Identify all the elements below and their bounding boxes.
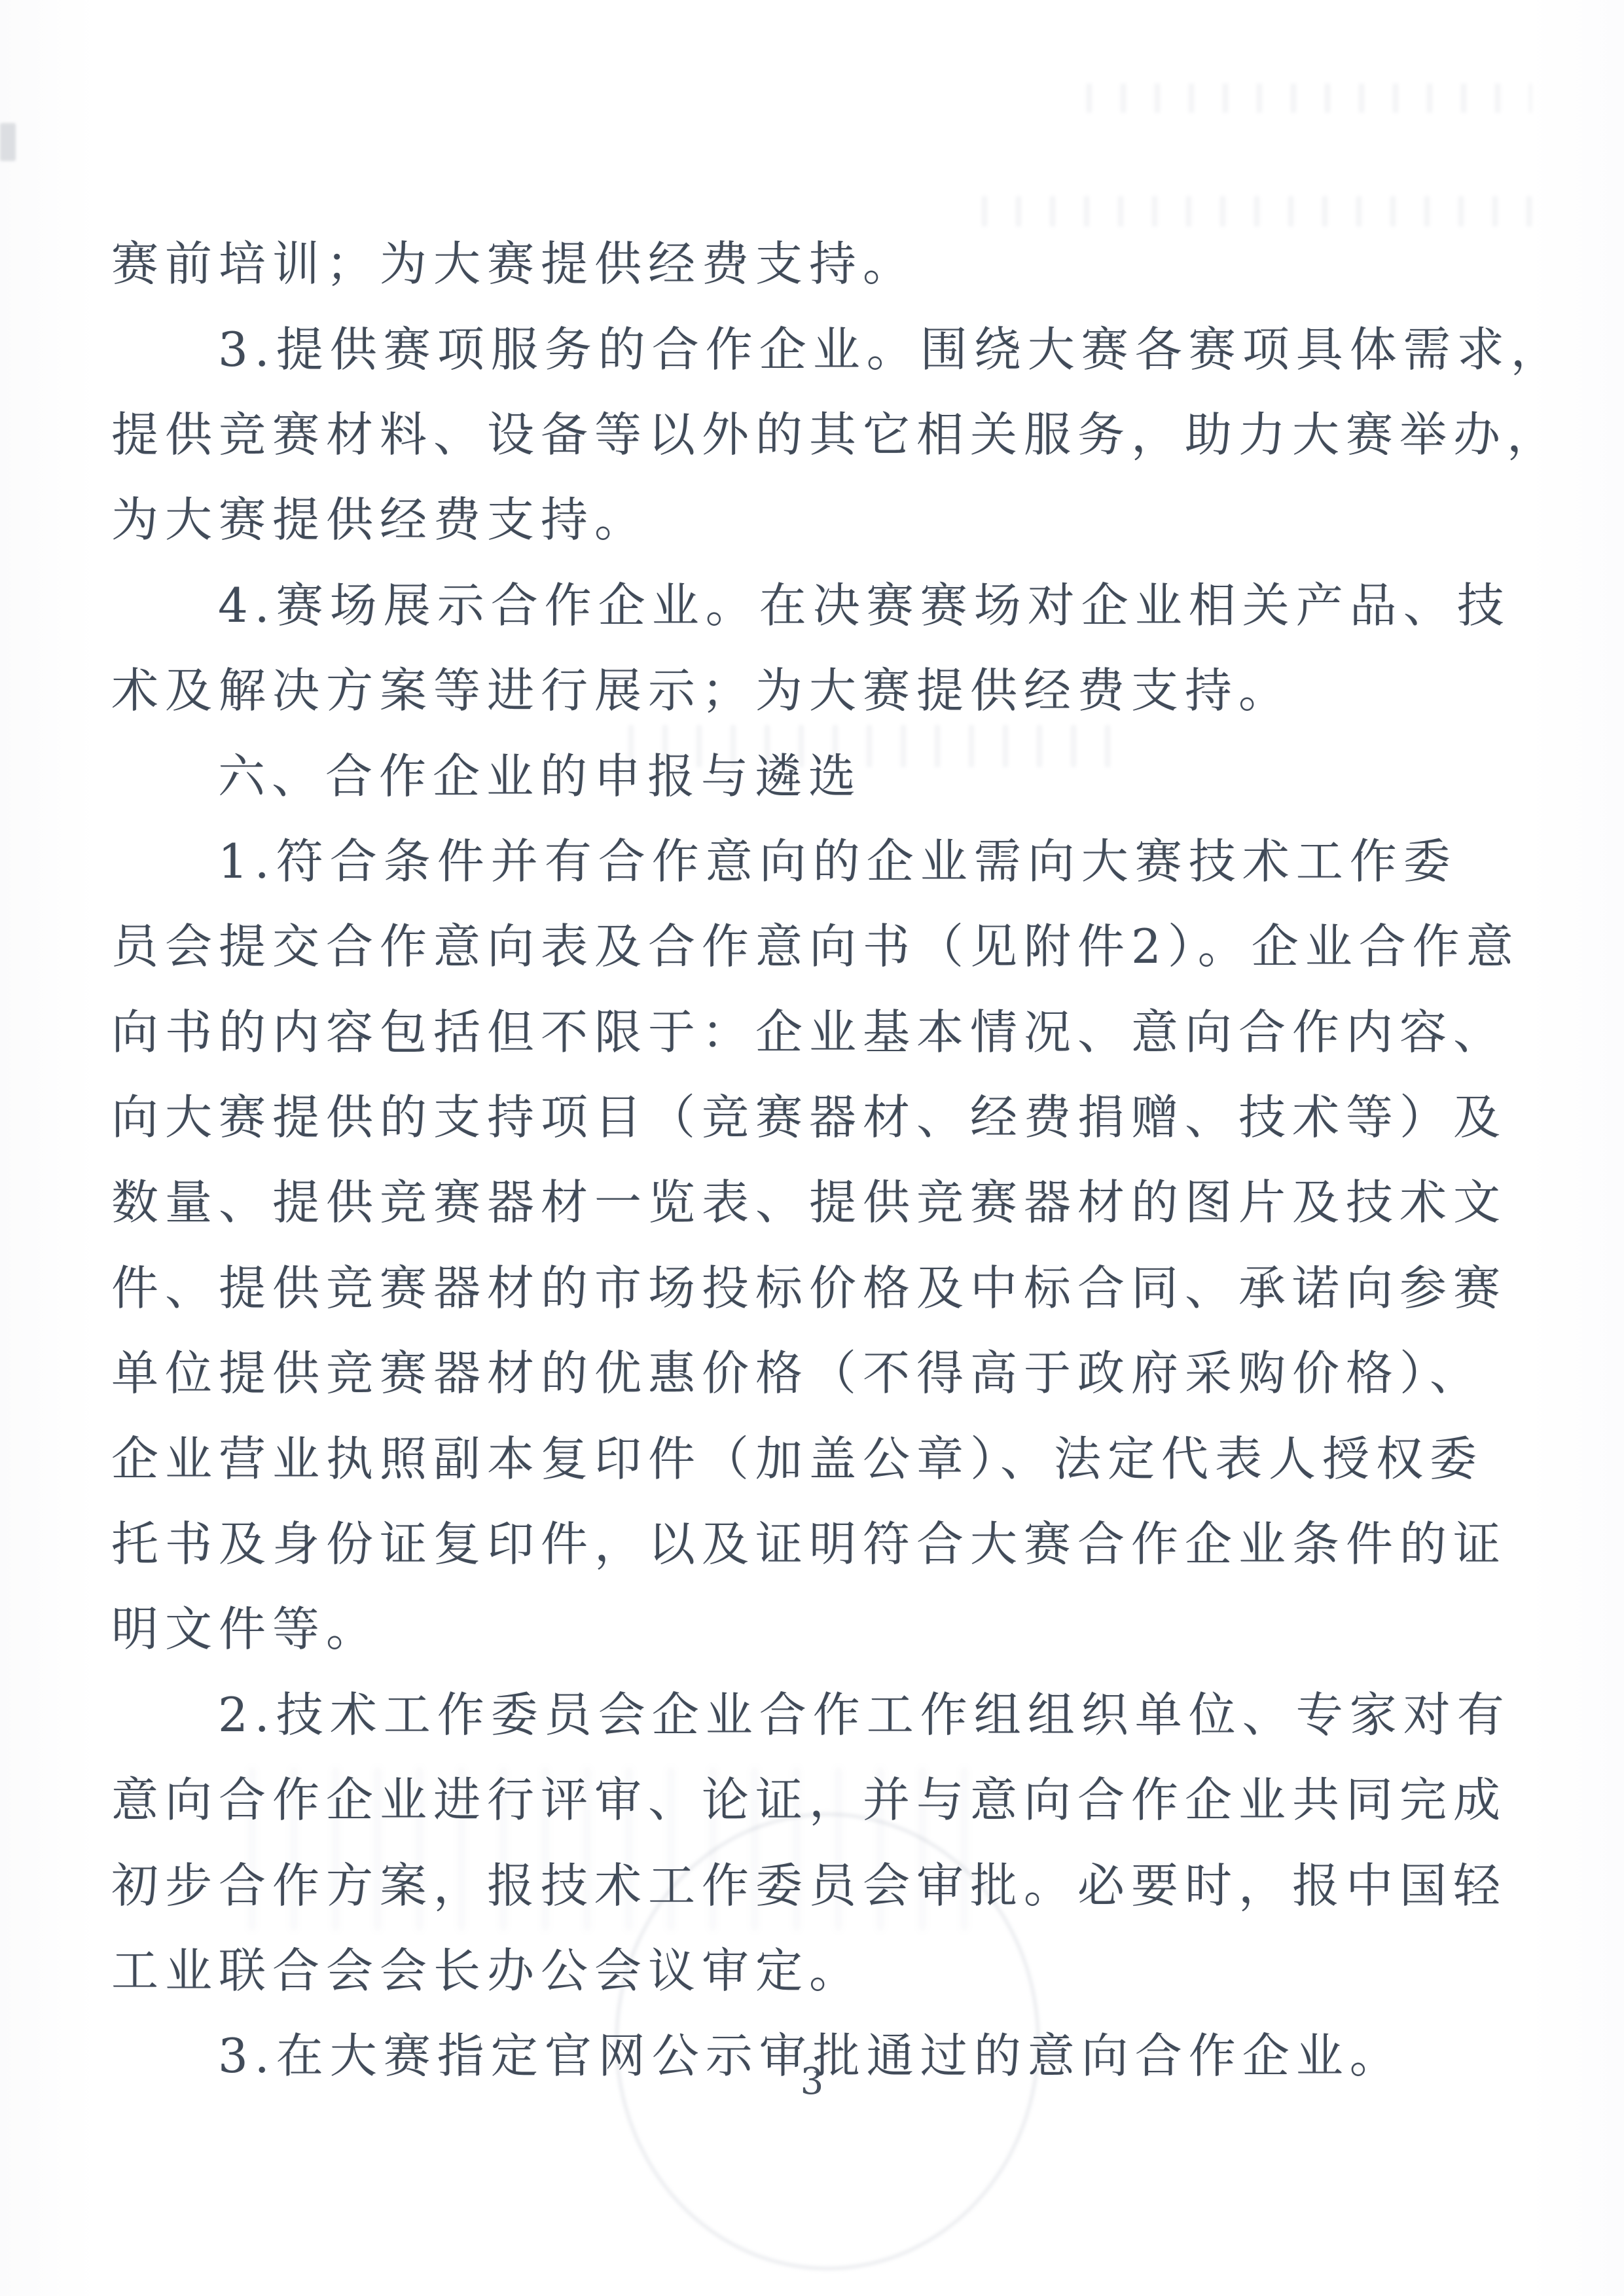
text-line: 单位提供竞赛器材的优惠价格（不得高于政府采购价格）、 (111, 1327, 1551, 1412)
text-line: 3.提供赛项服务的合作企业。围绕大赛各赛项具体需求， (111, 302, 1551, 387)
text-line: 员会提交合作意向表及合作意向书（见附件2）。企业合作意 (111, 900, 1551, 985)
page-number: 3 (0, 2060, 1624, 2103)
text-line: 赛前培训；为大赛提供经费支持。 (111, 217, 1551, 302)
text-line: 明文件等。 (111, 1583, 1551, 1668)
text-line: 数量、提供竞赛器材一览表、提供竞赛器材的图片及技术文 (111, 1156, 1551, 1241)
text-line: 提供竞赛材料、设备等以外的其它相关服务，助力大赛举办， (111, 388, 1551, 473)
text-line: 向大赛提供的支持项目（竞赛器材、经费捐赠、技术等）及 (111, 1071, 1551, 1156)
text-line: 1.符合条件并有合作意向的企业需向大赛技术工作委 (111, 815, 1551, 900)
text-line: 件、提供竞赛器材的市场投标价格及中标合同、承诺向参赛 (111, 1242, 1551, 1327)
text-line: 托书及身份证复印件，以及证明符合大赛合作企业条件的证 (111, 1498, 1551, 1583)
text-line: 工业联合会会长办公会议审定。 (111, 1924, 1551, 2009)
text-line: 企业营业执照副本复印件（加盖公章）、法定代表人授权委 (111, 1412, 1551, 1497)
text-line: 术及解决方案等进行展示；为大赛提供经费支持。 (111, 644, 1551, 729)
text-line: 向书的内容包括但不限于：企业基本情况、意向合作内容、 (111, 986, 1551, 1071)
text-line: 为大赛提供经费支持。 (111, 473, 1551, 558)
text-line: 4.赛场展示合作企业。在决赛赛场对企业相关产品、技 (111, 559, 1551, 644)
text-line: 初步合作方案，报技术工作委员会审批。必要时，报中国轻 (111, 1839, 1551, 1924)
text-line: 意向合作企业进行评审、论证，并与意向合作企业共同完成 (111, 1753, 1551, 1839)
text-line: 2.技术工作委员会企业合作工作组组织单位、专家对有 (111, 1668, 1551, 1753)
document-body: 赛前培训；为大赛提供经费支持。3.提供赛项服务的合作企业。围绕大赛各赛项具体需求… (111, 217, 1551, 2095)
text-line: 六、合作企业的申报与遴选 (111, 729, 1551, 814)
